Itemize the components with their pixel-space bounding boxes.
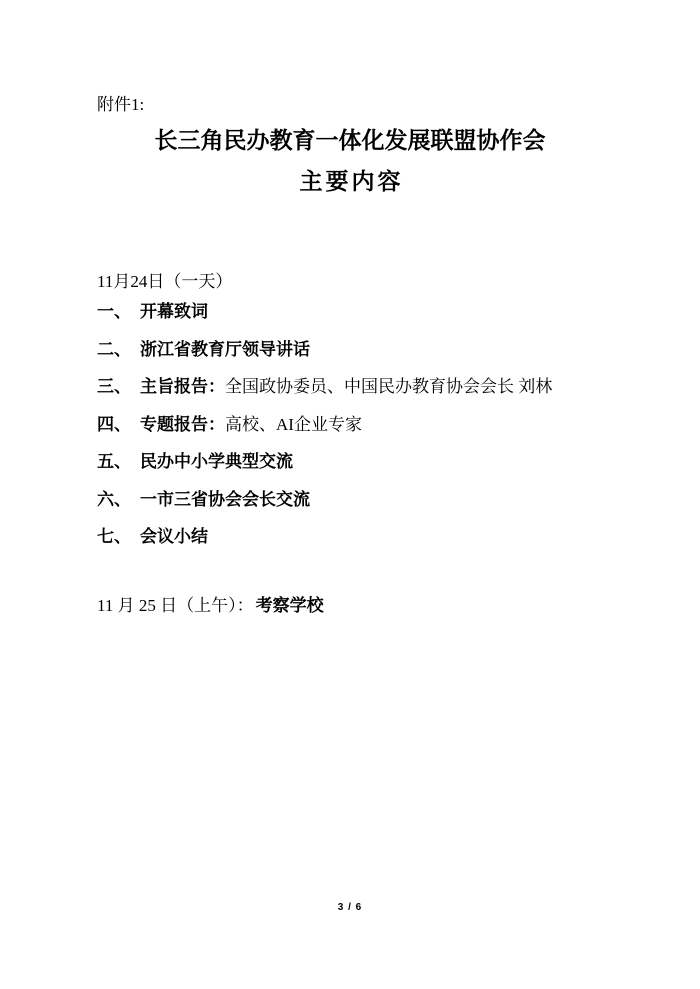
attachment-label: 附件1: — [97, 95, 144, 115]
item-number: 四、 — [97, 415, 131, 434]
item-title: 主旨报告： — [140, 377, 225, 396]
item-title: 浙江省教育厅领导讲话 — [140, 340, 310, 359]
item-number: 三、 — [97, 377, 131, 396]
item-title: 专题报告： — [140, 415, 225, 434]
item-title: 民办中小学典型交流 — [140, 452, 293, 471]
agenda-item-4: 四、专题报告：高校、AI企业专家 — [97, 406, 640, 444]
item-detail: 高校、AI企业专家 — [225, 415, 362, 434]
day2-line: 11 月 25 日（上午）：考察学校 — [97, 596, 324, 616]
item-title: 一市三省协会会长交流 — [140, 490, 310, 509]
agenda-item-7: 七、会议小结 — [97, 518, 640, 556]
agenda-item-1: 一、开幕致词 — [97, 293, 640, 331]
item-title: 会议小结 — [140, 527, 208, 546]
item-number: 五、 — [97, 452, 131, 471]
item-number: 一、 — [97, 302, 131, 321]
document-page: 附件1: 长三角民办教育一体化发展联盟协作会 主要内容 11月24日（一天） 一… — [0, 0, 700, 989]
item-title: 开幕致词 — [140, 302, 208, 321]
item-number: 七、 — [97, 527, 131, 546]
agenda-item-3: 三、主旨报告：全国政协委员、中国民办教育协会会长 刘林 — [97, 368, 640, 406]
day1-date-heading: 11月24日（一天） — [97, 272, 232, 292]
day2-date-prefix: 11 月 25 日（上午）： — [97, 596, 254, 615]
item-number: 六、 — [97, 490, 131, 509]
agenda-item-2: 二、浙江省教育厅领导讲话 — [97, 331, 640, 369]
document-subtitle: 主要内容 — [0, 168, 700, 195]
page-number: 3 / 6 — [0, 901, 700, 915]
agenda-item-5: 五、民办中小学典型交流 — [97, 443, 640, 481]
item-number: 二、 — [97, 340, 131, 359]
item-detail: 全国政协委员、中国民办教育协会会长 刘林 — [225, 377, 552, 396]
agenda-list: 一、开幕致词 二、浙江省教育厅领导讲话 三、主旨报告：全国政协委员、中国民办教育… — [97, 293, 640, 556]
agenda-item-6: 六、一市三省协会会长交流 — [97, 481, 640, 519]
document-title: 长三角民办教育一体化发展联盟协作会 — [0, 127, 700, 154]
day2-activity: 考察学校 — [256, 596, 324, 615]
